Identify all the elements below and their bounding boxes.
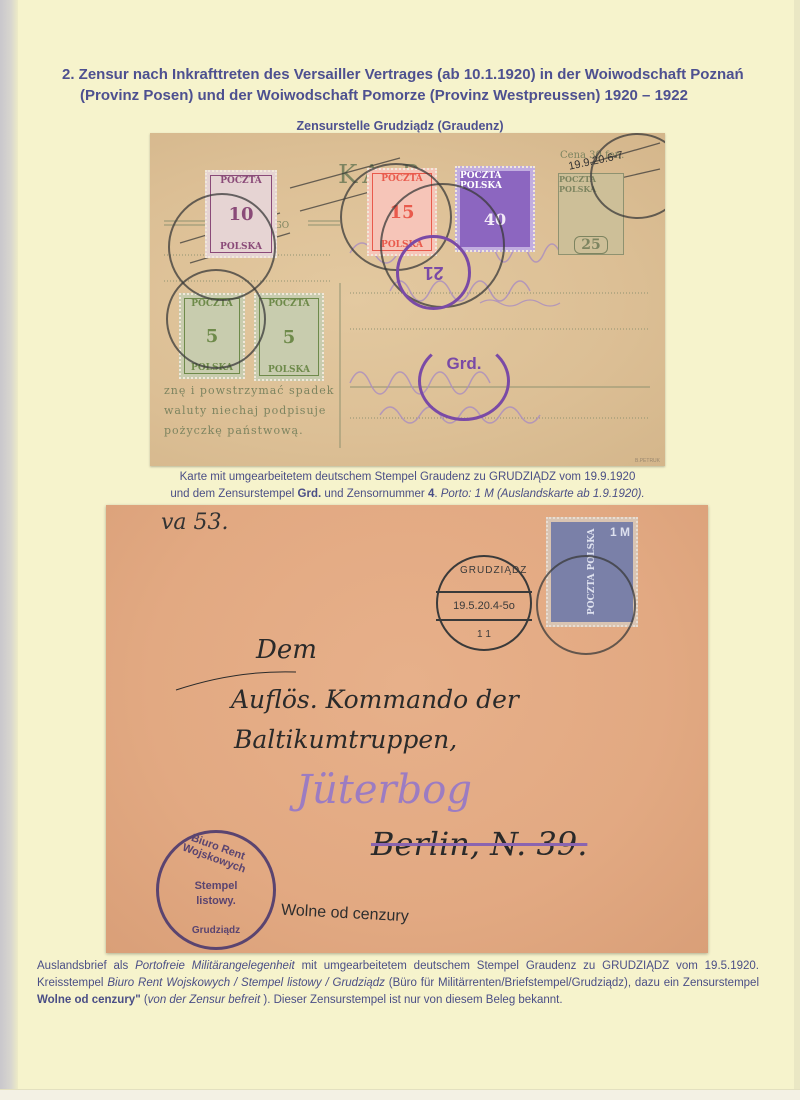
censor-grd-mark: Grd. [418,341,510,421]
postmark-left-bottom [166,269,266,369]
scan-right-edge [794,0,800,1100]
postcard-image: KA P Cena 30 fen. EGO POCZTA 10 PO [150,133,665,466]
envelope-image: va 53. GRUDZIĄDZ 19.5.20.4-5o 1 1 POCZTA… [106,505,708,953]
page-heading: 2. Zensur nach Inkrafttreten des Versail… [62,64,744,106]
envelope-caption: Auslandsbrief als Portofreie Militärange… [37,958,759,1009]
photo-credit: B.PETRUK [635,458,660,464]
postcard-caption: Karte mit umgearbeitetem deutschem Stemp… [150,469,665,503]
section-subheading: Zensurstelle Grudziądz (Graudenz) [0,119,800,133]
censor-number-circle: 21 [396,235,471,310]
heading-line-2: (Provinz Posen) und der Woiwodschaft Pom… [62,85,744,106]
scan-left-edge [0,0,18,1100]
postcard-propaganda-text: znę i powstrzymać spadek waluty niechaj … [164,381,334,441]
scan-bottom-edge [0,1089,800,1100]
biuro-rent-circular-stamp: Biuro Rent Wojskowych Stempel listowy. G… [156,830,276,950]
heading-line-1: 2. Zensur nach Inkrafttreten des Versail… [62,66,744,83]
